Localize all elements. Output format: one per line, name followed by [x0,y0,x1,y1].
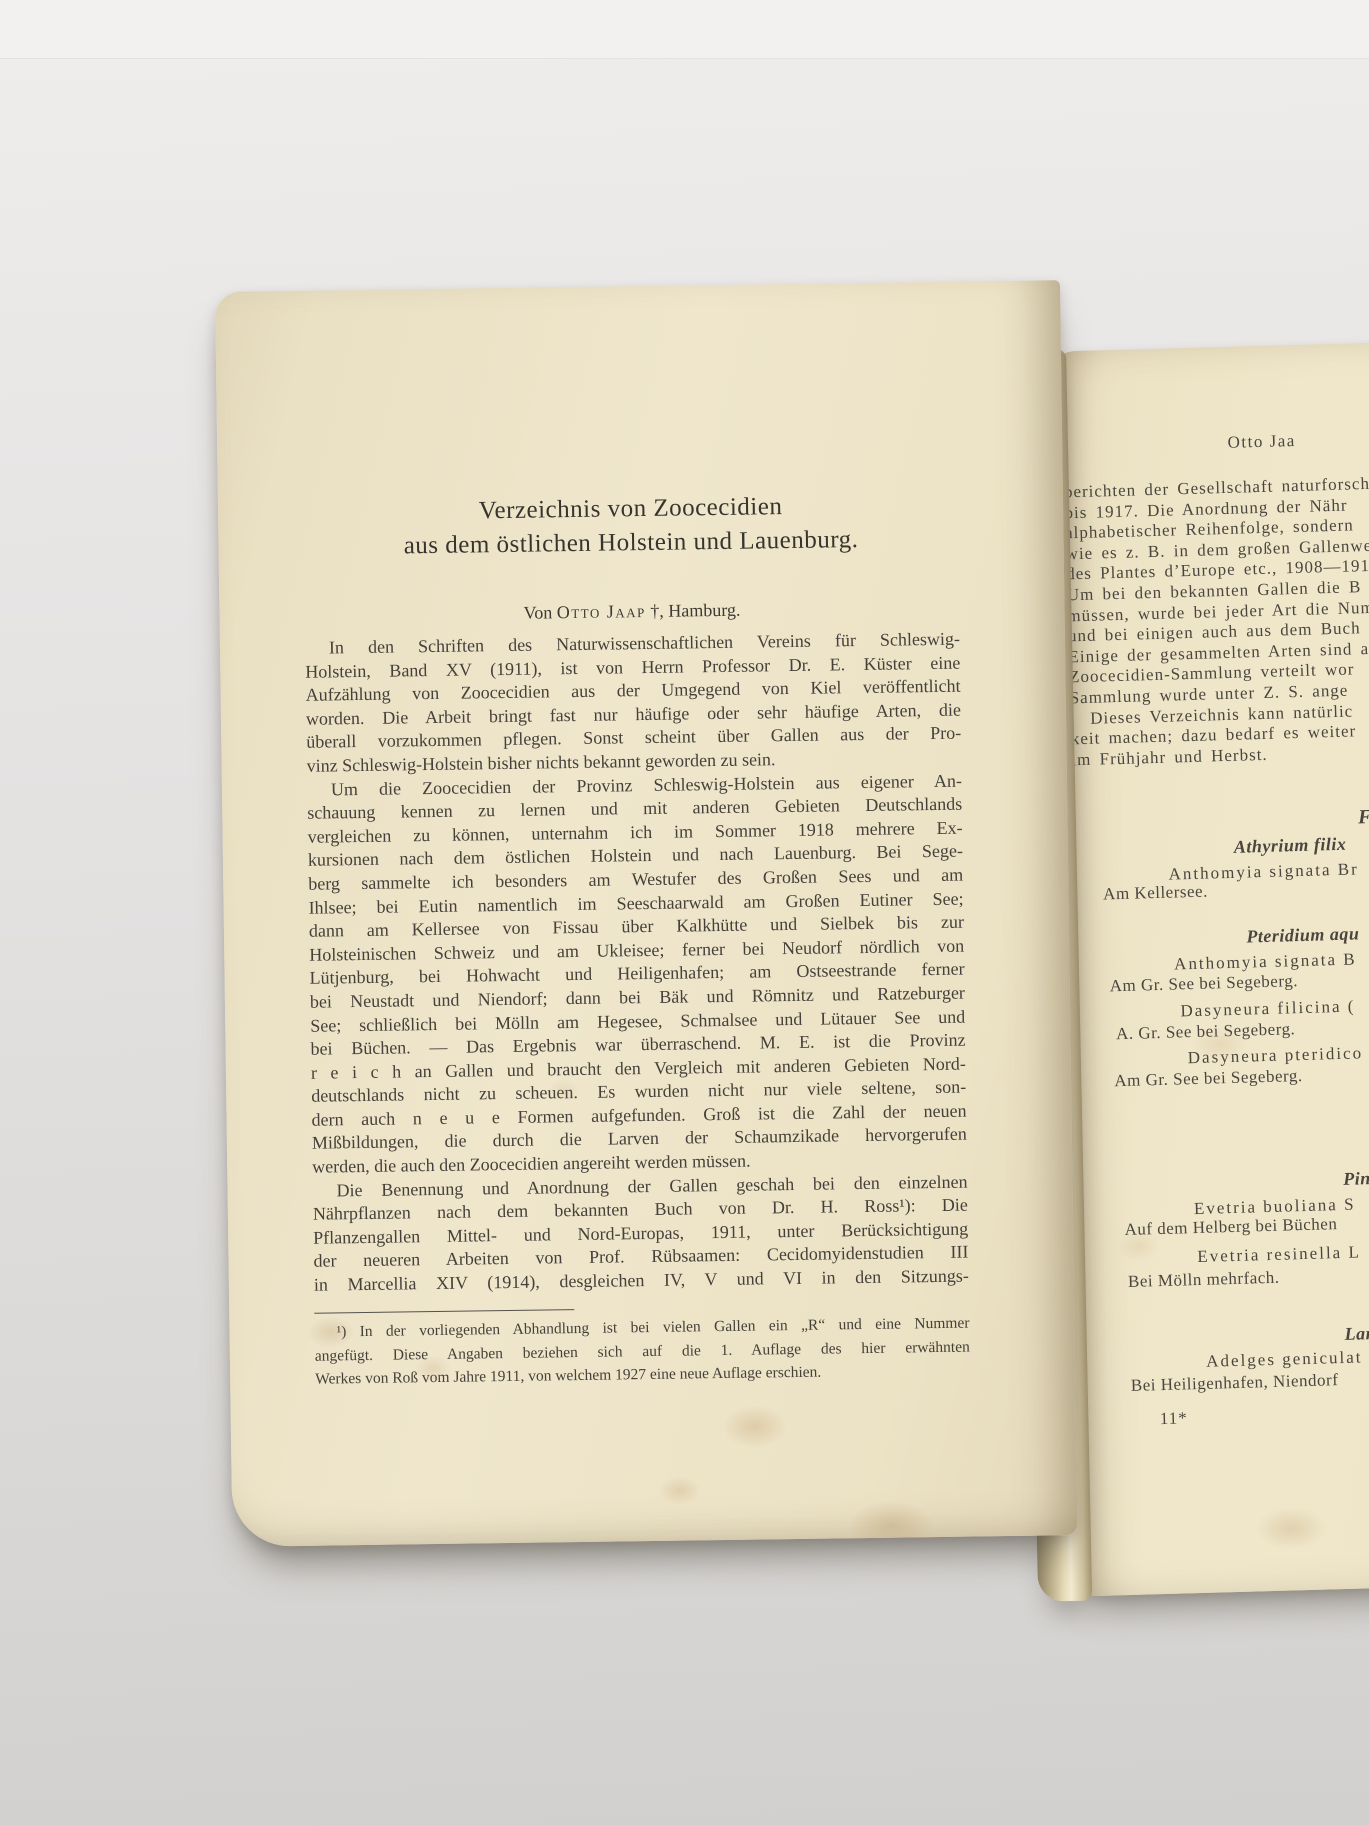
byline: Von Otto Jaap †, Hamburg. [304,597,959,627]
page-number: 11* [1160,1408,1188,1429]
locality-line: Bei Mölln mehrfach. [1128,1268,1280,1292]
gall-species-line: Dasyneura filicina ( [1180,997,1355,1022]
article-title: Verzeichnis von Zoocecidien aus dem östl… [303,488,959,565]
locality-line: Am Gr. See bei Segeberg. [1114,1066,1303,1091]
locality-line: Am Gr. See bei Segeberg. [1109,971,1298,996]
footnote-rule [314,1309,574,1314]
gall-species-line: Evetria resinella L [1197,1242,1361,1267]
locality-line: Am Kellersee. [1103,882,1208,905]
host-plant-heading: Pinus [1343,1168,1369,1190]
gall-species-line: Dasyneura pteridico [1187,1043,1363,1068]
locality-line: Bei Heiligenhafen, Niendorf [1131,1370,1339,1396]
photo-of-open-book: Otto Jaa berichten der Gesellschaft natu… [0,0,1369,1825]
byline-prefix: Von [523,602,556,622]
host-plant-heading: Athyrium filix [1234,834,1347,858]
section-heading: Fi [1358,806,1369,830]
locality-line: A. Gr. See bei Segeberg. [1116,1019,1296,1044]
byline-suffix: †, Hamburg. [646,600,741,621]
author-name: Otto Jaap [557,601,646,622]
locality-line: Auf dem Helberg bei Büchen [1124,1214,1337,1240]
left-page-body: In den Schriften des Naturwissenschaftli… [305,628,969,1298]
backdrop-table-edge [0,0,1369,59]
host-plant-heading: Larix [1344,1323,1369,1345]
host-plant-heading: Pteridium aqu [1246,923,1360,947]
gall-species-line: Adelges geniculat [1206,1347,1363,1371]
left-page: Verzeichnis von Zoocecidien aus dem östl… [215,280,1077,1547]
gall-species-line: Anthomyia signata B [1174,949,1357,974]
species-sections: Fi Athyrium filix Anthomyia signata Br A… [1042,332,1369,1597]
footnote: ¹) In der vorliegenden Abhandlung ist be… [314,1312,970,1392]
right-page: Otto Jaa berichten der Gesellschaft natu… [1042,332,1369,1597]
